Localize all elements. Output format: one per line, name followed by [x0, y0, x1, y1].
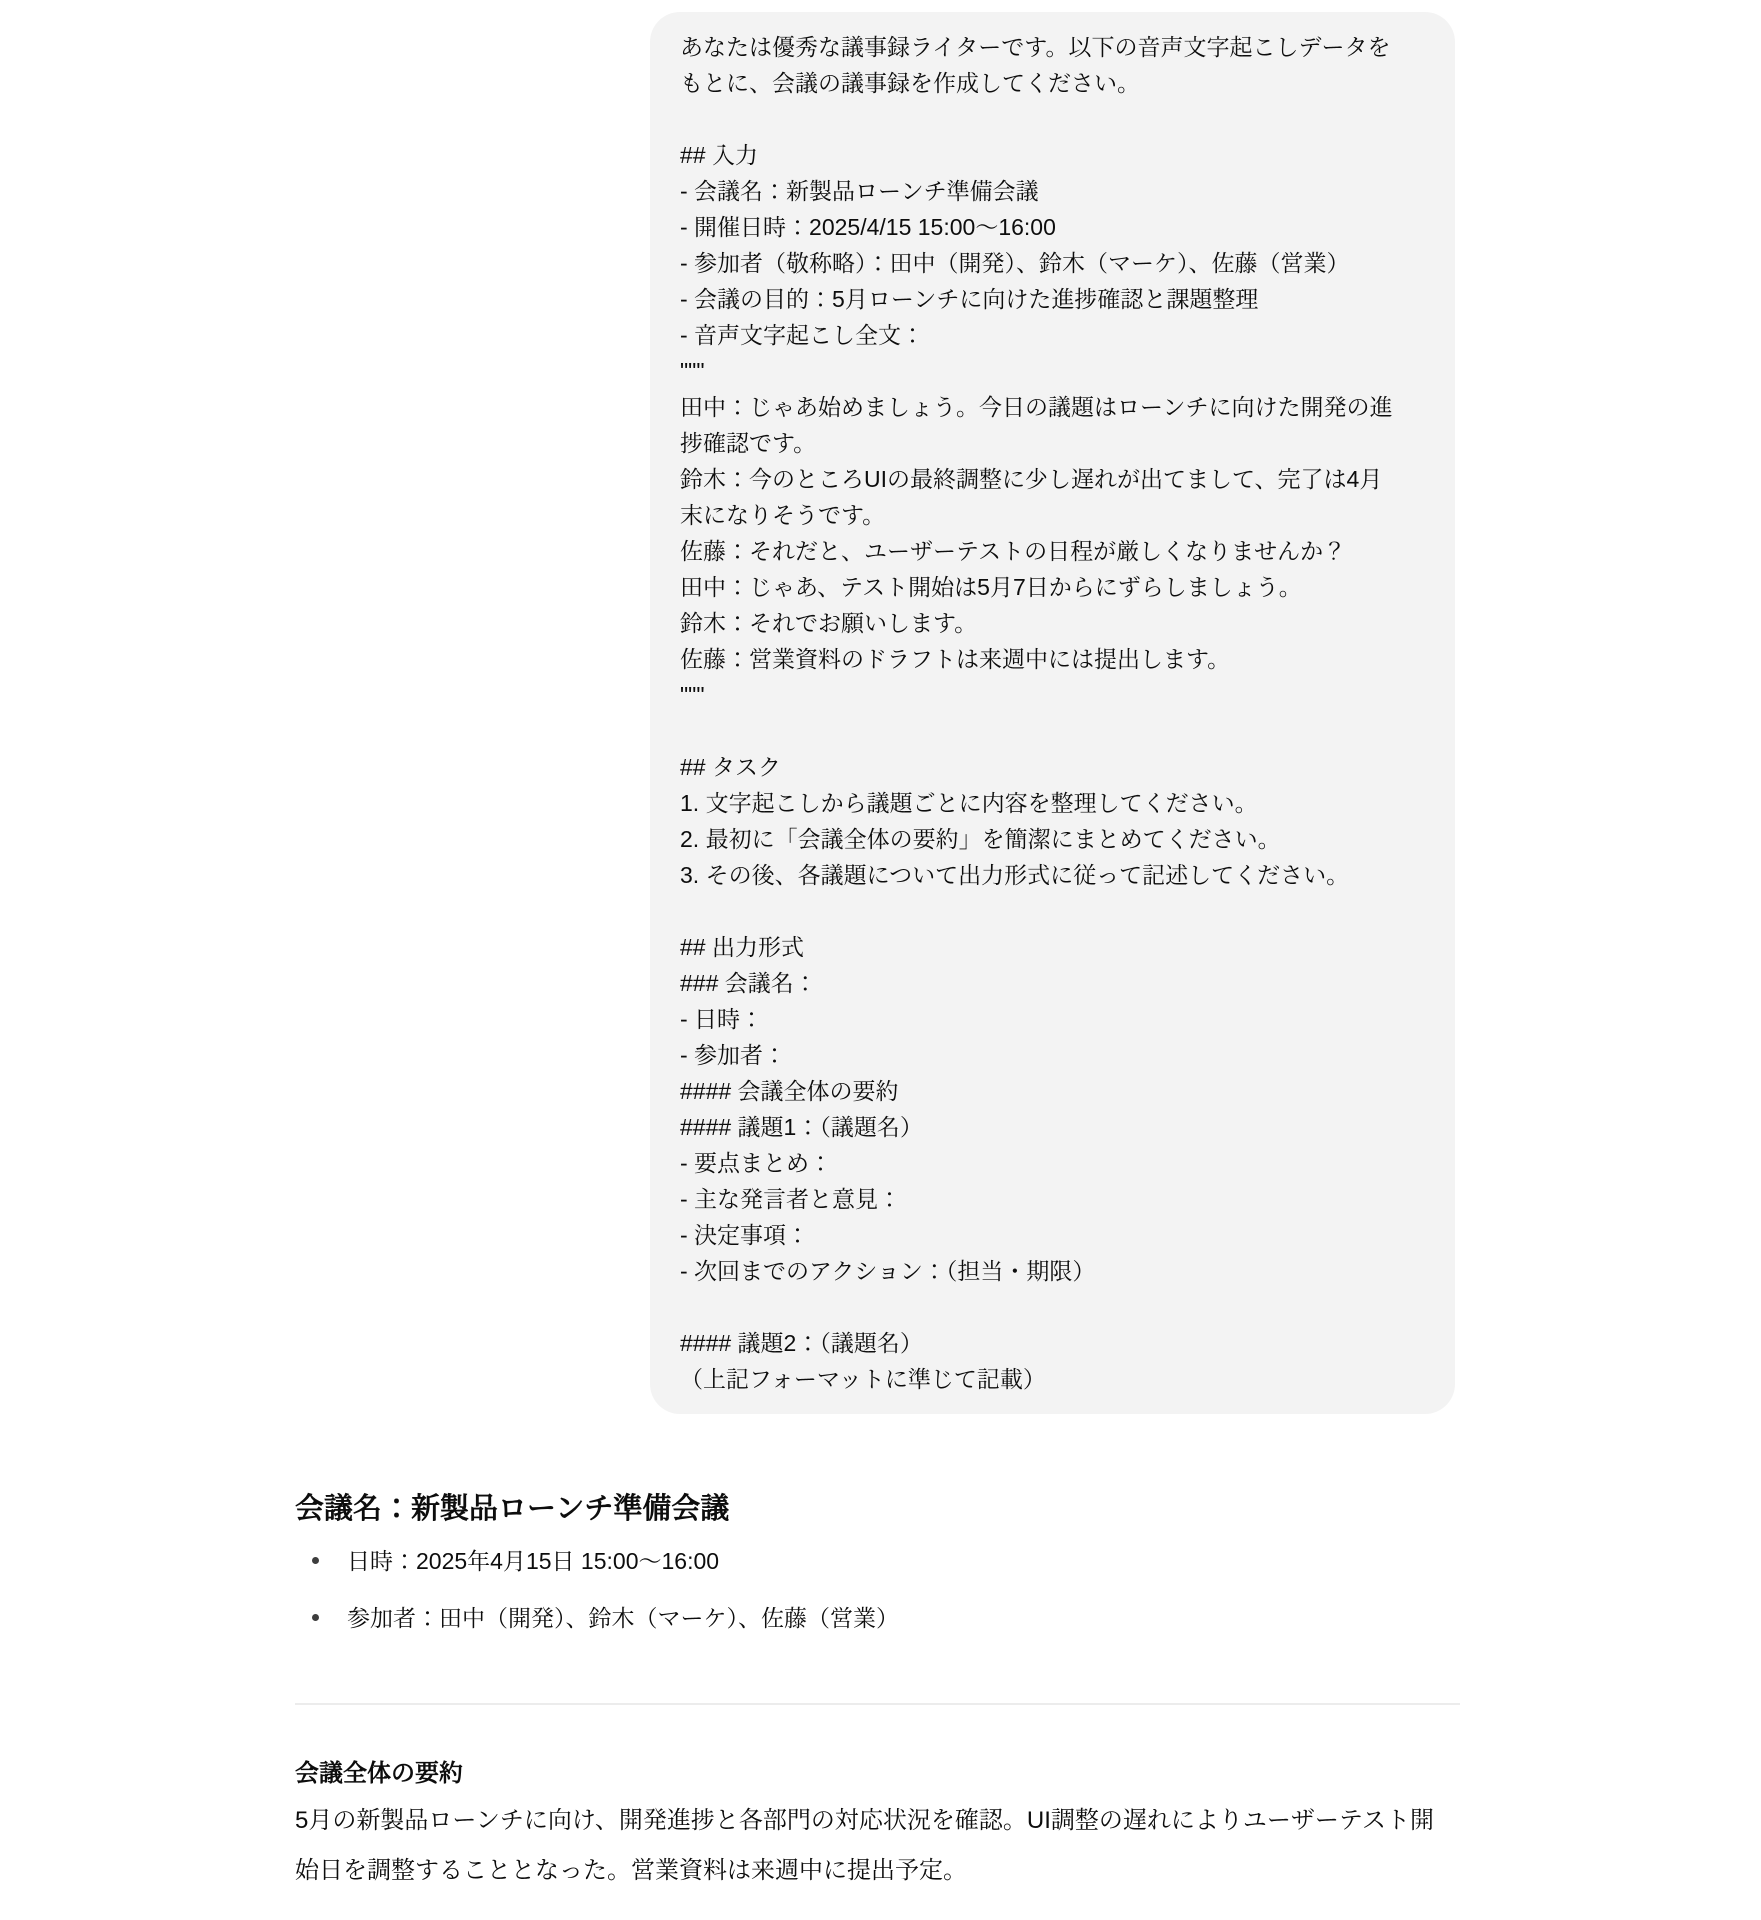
user-message-text: あなたは優秀な議事録ライターです。以下の音声文字起こしデータを もとに、会議の議… — [680, 29, 1425, 1397]
bullet-icon — [312, 1614, 319, 1621]
list-item-text: 日時：2025年4月15日 15:00〜16:00 — [347, 1548, 719, 1574]
list-item-text: 参加者：田中（開発）、鈴木（マーケ）、佐藤（営業） — [347, 1605, 899, 1631]
list-item: 参加者：田中（開発）、鈴木（マーケ）、佐藤（営業） — [295, 1601, 1460, 1635]
assistant-message: 会議名：新製品ローンチ準備会議 日時：2025年4月15日 15:00〜16:0… — [295, 1490, 1460, 1896]
meeting-title-heading: 会議名：新製品ローンチ準備会議 — [295, 1490, 1460, 1528]
list-item: 日時：2025年4月15日 15:00〜16:00 — [295, 1544, 1460, 1578]
user-message-bubble: あなたは優秀な議事録ライターです。以下の音声文字起こしデータを もとに、会議の議… — [650, 12, 1455, 1414]
meeting-info-list: 日時：2025年4月15日 15:00〜16:00 参加者：田中（開発）、鈴木（… — [295, 1544, 1460, 1635]
summary-heading: 会議全体の要約 — [295, 1757, 1460, 1791]
chat-page: あなたは優秀な議事録ライターです。以下の音声文字起こしデータを もとに、会議の議… — [0, 0, 1761, 1920]
summary-paragraph: 5月の新製品ローンチに向け、開発進捗と各部門の対応状況を確認。UI調整の遅れによ… — [295, 1796, 1460, 1896]
section-divider — [295, 1703, 1460, 1705]
bullet-icon — [312, 1557, 319, 1564]
